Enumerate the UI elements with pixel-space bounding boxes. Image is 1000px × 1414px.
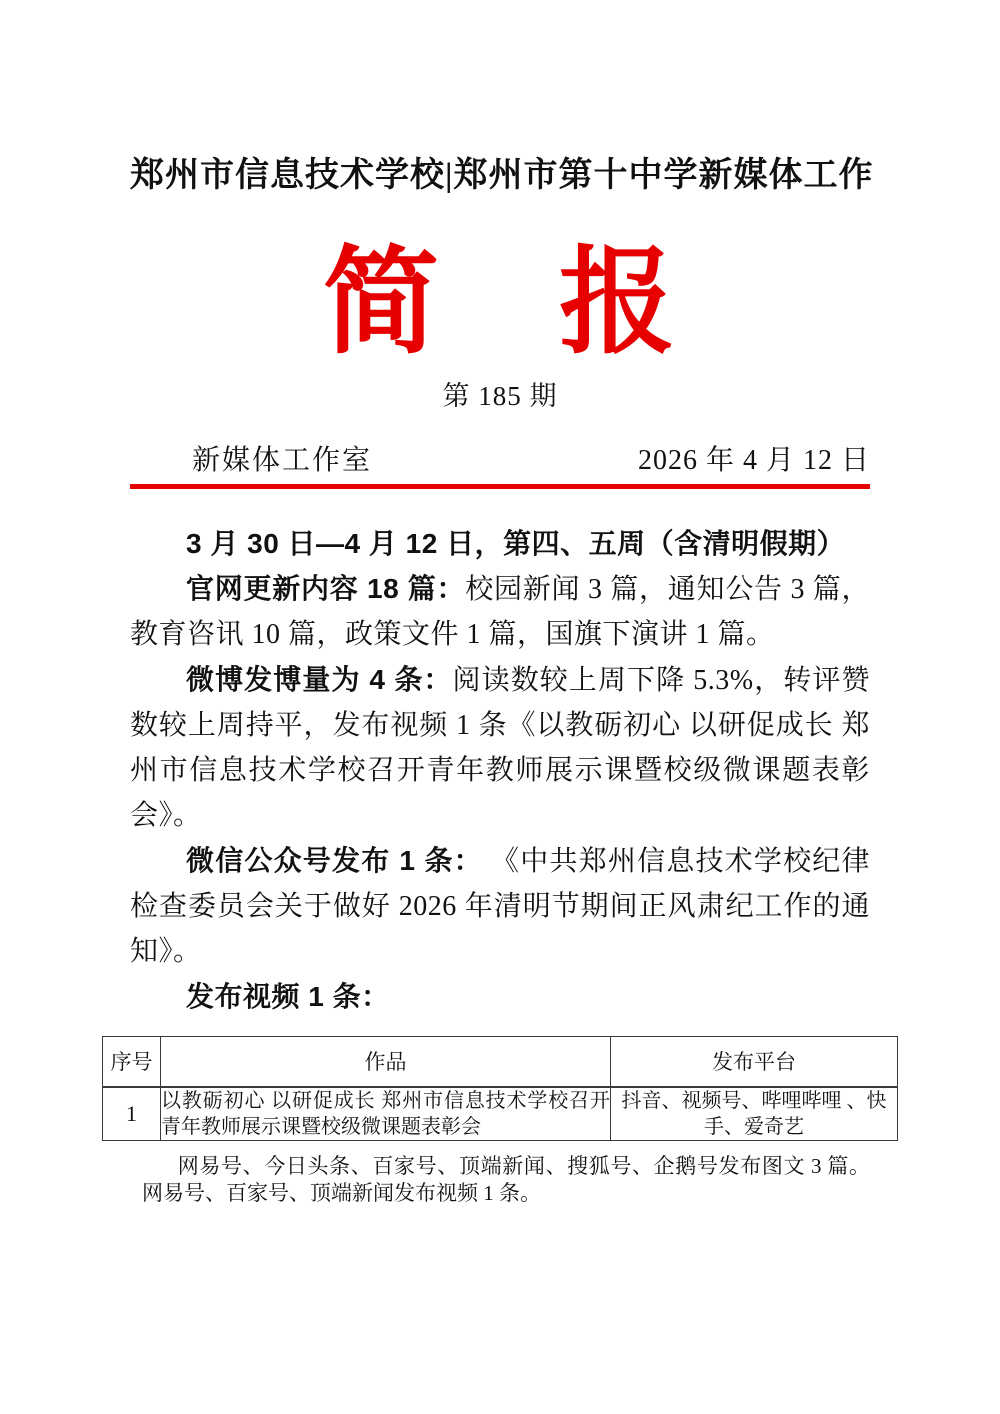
org-name: 新媒体工作室 bbox=[130, 444, 372, 478]
cell-platforms: 抖音、视频号、哔哩哔哩 、快手、爱奇艺 bbox=[611, 1087, 898, 1141]
masthead-title: 简 报 bbox=[130, 244, 870, 360]
document-body: 3 月 30 日—4 月 12 日，第四、五周（含清明假期） 官网更新内容 18… bbox=[130, 521, 870, 1020]
red-divider-rule bbox=[130, 484, 870, 489]
paragraph-weibo-lead: 微博发博量为 4 条： bbox=[186, 664, 453, 695]
paragraph-website-lead: 官网更新内容 18 篇： bbox=[186, 573, 465, 604]
cell-work-title: 以教砺初心 以研促成长 郑州市信息技术学校召开青年教师展示课暨校级微课题表彰会 bbox=[161, 1087, 611, 1141]
table-row: 1 以教砺初心 以研促成长 郑州市信息技术学校召开青年教师展示课暨校级微课题表彰… bbox=[103, 1087, 898, 1141]
period-summary-line: 3 月 30 日—4 月 12 日，第四、五周（含清明假期） bbox=[130, 521, 870, 566]
paragraph-video-lead: 发布视频 1 条： bbox=[186, 981, 390, 1012]
byline-row: 新媒体工作室 2026 年 4 月 12 日 bbox=[130, 444, 870, 478]
distribution-note: 网易号、今日头条、百家号、顶端新闻、搜狐号、企鹅号发布图文 3 篇。网易号、百家… bbox=[142, 1153, 870, 1207]
paragraph-video-intro: 发布视频 1 条： bbox=[130, 974, 870, 1020]
document-header-title: 郑州市信息技术学校|郑州市第十中学新媒体工作 bbox=[130, 156, 870, 196]
paragraph-website-updates: 官网更新内容 18 篇：校园新闻 3 篇，通知公告 3 篇，教育咨讯 10 篇，… bbox=[130, 566, 870, 657]
cell-row-index: 1 bbox=[103, 1087, 161, 1141]
bulletin-document-page: 郑州市信息技术学校|郑州市第十中学新媒体工作 简 报 第 185 期 新媒体工作… bbox=[0, 0, 1000, 1414]
column-header-index: 序号 bbox=[103, 1037, 161, 1087]
column-header-platform: 发布平台 bbox=[611, 1037, 898, 1087]
issue-date: 2026 年 4 月 12 日 bbox=[638, 444, 870, 478]
table-header-row: 序号 作品 发布平台 bbox=[103, 1037, 898, 1087]
paragraph-wechat-lead: 微信公众号发布 1 条： bbox=[186, 845, 483, 876]
paragraph-weibo: 微博发博量为 4 条：阅读数较上周下降 5.3%，转评赞数较上周持平，发布视频 … bbox=[130, 657, 870, 838]
issue-number: 第 185 期 bbox=[130, 380, 870, 412]
paragraph-wechat: 微信公众号发布 1 条： 《中共郑州信息技术学校纪律检查委员会关于做好 2026… bbox=[130, 838, 870, 974]
video-publish-table: 序号 作品 发布平台 1 以教砺初心 以研促成长 郑州市信息技术学校召开青年教师… bbox=[102, 1036, 898, 1141]
column-header-work: 作品 bbox=[161, 1037, 611, 1087]
